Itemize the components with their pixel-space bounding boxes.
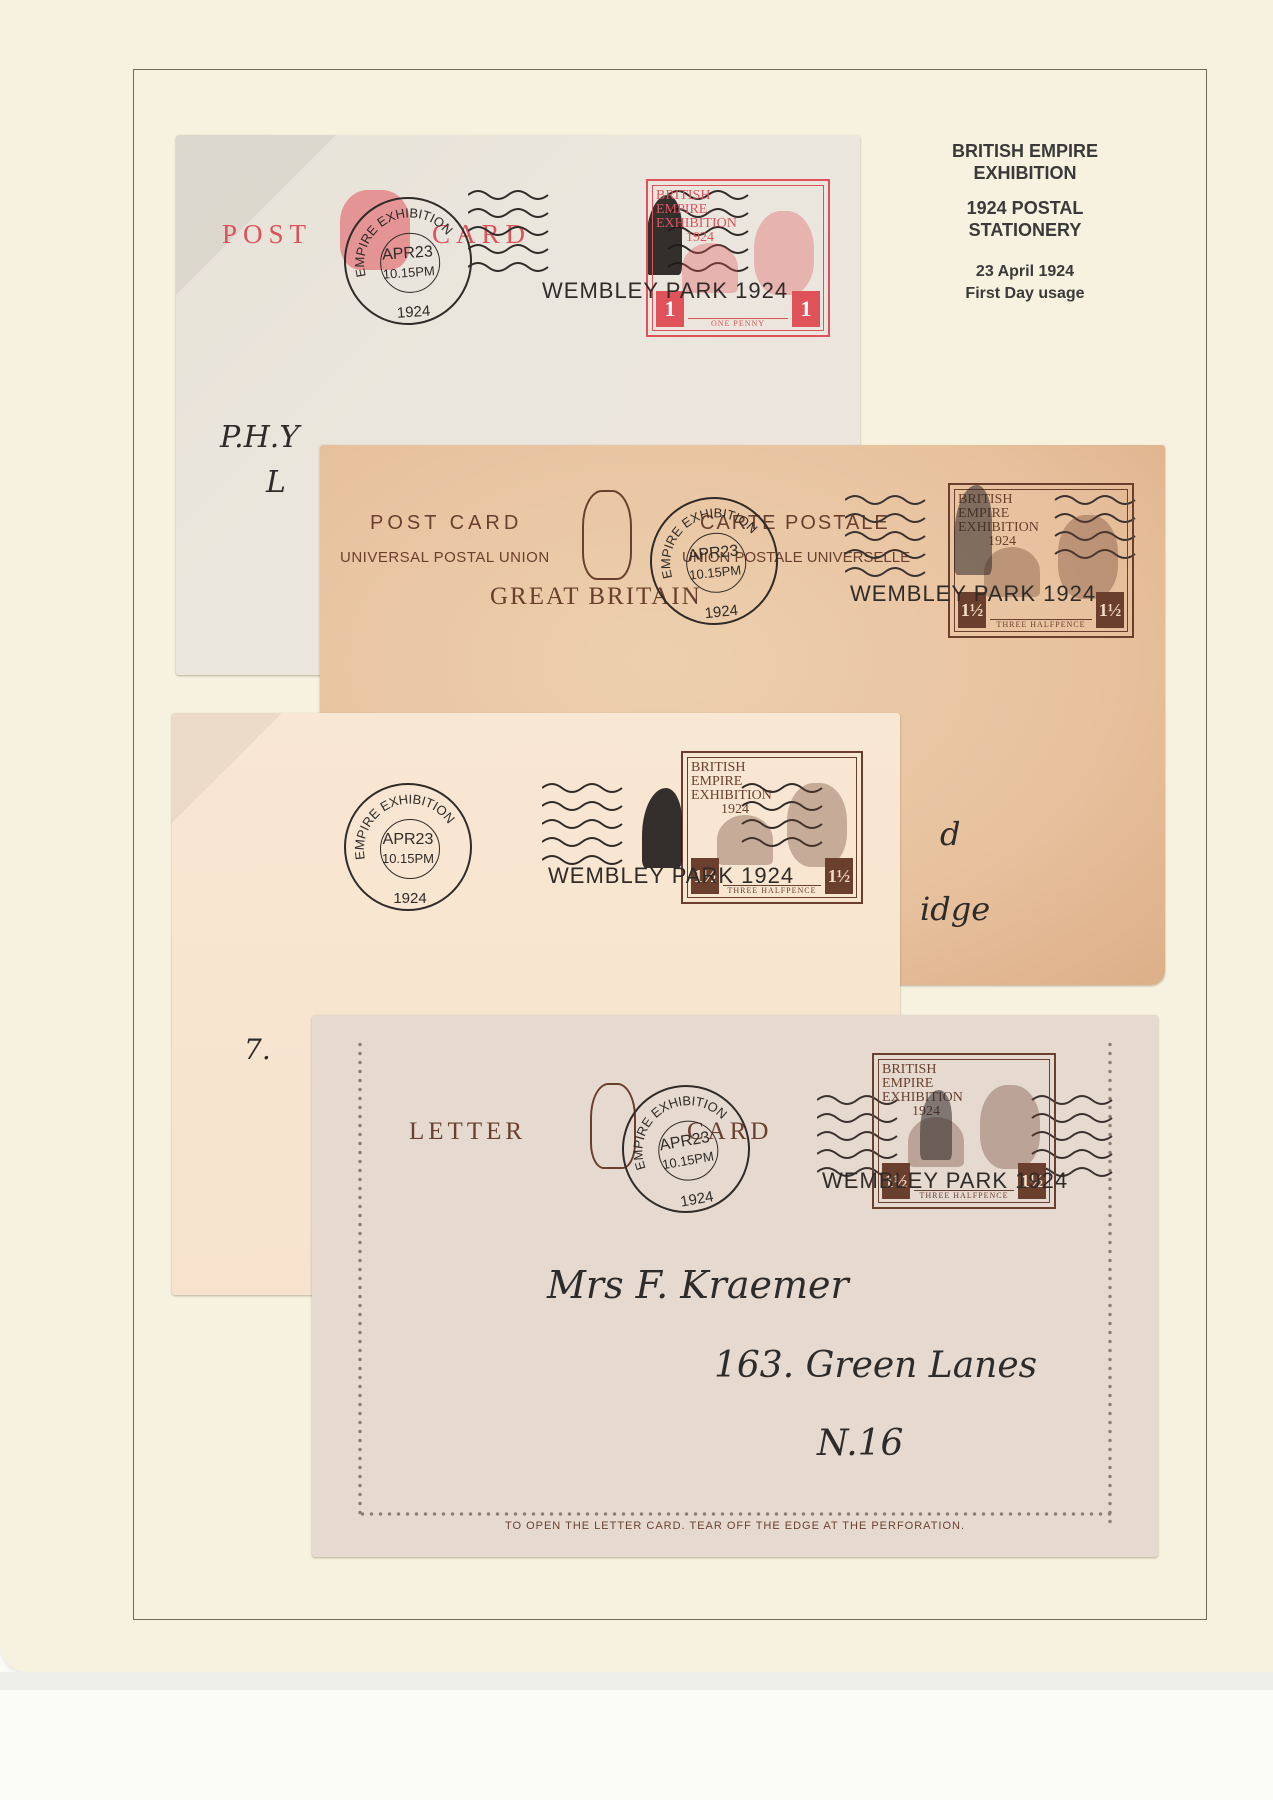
perforation-left (358, 1040, 362, 1517)
address-line-district: N.16 (817, 1423, 903, 1464)
svg-text:1924: 1924 (396, 303, 430, 322)
postmark-circular: EMPIRE EXHIBITION 1924 APR23 10.15PM (344, 783, 472, 911)
page-edge-strip (0, 1672, 1273, 1690)
handwriting-fragment-2: idge (920, 890, 990, 928)
caption-title-1: BRITISH EMPIRE (905, 140, 1145, 162)
imprinted-stamp-1d: BRITISHEMPIREEXHIBITION1924 1 1 ONE PENN… (646, 179, 830, 337)
handwriting-addressee: P.H.Y (220, 420, 299, 455)
address-line-street: 163. Green Lanes (714, 1345, 1037, 1386)
slogan-wembley-park: WEMBLEY PARK 1924 (822, 1168, 1068, 1194)
caption-usage: First Day usage (905, 283, 1145, 305)
stamp-value-right: 1 (792, 291, 820, 327)
subheading-upu: UNIVERSAL POSTAL UNION (340, 549, 550, 566)
stamp-value-label: ONE PENNY (688, 318, 788, 328)
heading-letter: LETTER (409, 1118, 526, 1146)
corner-fold (176, 135, 336, 295)
postmark-circular: EMPIRE EXHIBITION 1924 APR23 10.15PM (340, 193, 477, 330)
postmark-time: 10.15PM (346, 851, 470, 866)
slogan-wembley-park: WEMBLEY PARK 1924 (548, 863, 794, 889)
postmark-circular: EMPIRE EXHIBITION 1924 APR23 10.15PM (644, 491, 785, 632)
caption-subtitle-1: 1924 POSTAL (905, 197, 1145, 219)
slogan-wembley-park: WEMBLEY PARK 1924 (542, 278, 788, 304)
svg-text:1924: 1924 (393, 890, 426, 907)
britannia-lion-icon (717, 815, 773, 865)
king-portrait-icon (787, 783, 847, 867)
caption-title-2: EXHIBITION (905, 162, 1145, 184)
caption-date: 23 April 1924 (905, 261, 1145, 283)
album-page: BRITISH EMPIRE EXHIBITION 1924 POSTAL ST… (0, 0, 1273, 1672)
handwriting-fragment-1: d (940, 815, 960, 853)
svg-text:1924: 1924 (679, 1188, 715, 1211)
heading-post: POST (222, 219, 312, 249)
card-letter-card-1-5d: LETTER CARD EMPIRE EXHIBITION 1924 APR23… (312, 1015, 1158, 1557)
postmark-date: APR23 (346, 831, 470, 849)
king-portrait-icon (980, 1085, 1040, 1169)
svg-text:1924: 1924 (704, 602, 739, 622)
letter-card-instructions: TO OPEN THE LETTER CARD. TEAR OFF THE ED… (312, 1520, 1158, 1532)
postmark-circular: EMPIRE EXHIBITION 1924 APR23 10.15PM (612, 1075, 760, 1223)
page-caption: BRITISH EMPIRE EXHIBITION 1924 POSTAL ST… (905, 140, 1145, 305)
caption-subtitle-2: STATIONERY (905, 219, 1145, 241)
slogan-wembley-park: WEMBLEY PARK 1924 (850, 581, 1096, 607)
corner-fold (172, 713, 282, 823)
royal-coat-of-arms-icon (582, 490, 632, 580)
address-line-name: Mrs F. Kraemer (547, 1263, 849, 1307)
handwriting-line-2: L (266, 465, 286, 500)
handwriting-fragment: 7. (244, 1033, 271, 1066)
perforation-bottom (358, 1512, 1112, 1516)
stamp-text: BRITISHEMPIREEXHIBITION1924 (656, 189, 737, 245)
heading-post-card: POST CARD (370, 512, 522, 535)
